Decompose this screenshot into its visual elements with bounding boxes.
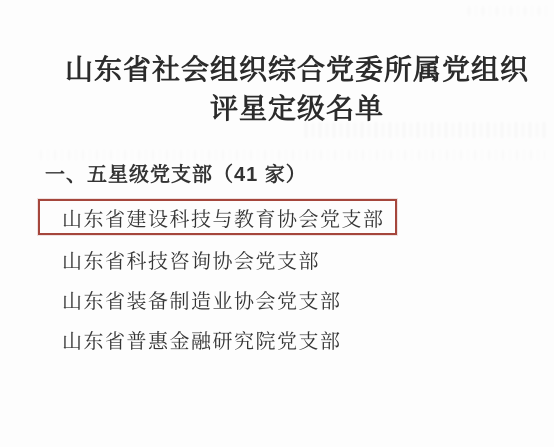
section-heading-five-star: 一、五星级党支部（41 家） — [45, 158, 307, 187]
list-item: 山东省科技咨询协会党支部 — [38, 239, 397, 279]
list-item-highlighted: 山东省建设科技与教育协会党支部 — [38, 199, 397, 235]
document-page: 山东省社会组织综合党委所属党组织 评星定级名单 一、五星级党支部（41 家） 山… — [0, 0, 554, 447]
list-item: 山东省装备制造业协会党支部 — [38, 279, 397, 319]
list-item: 山东省普惠金融研究院党支部 — [38, 319, 397, 359]
document-title-line1: 山东省社会组织综合党委所属党组织 — [65, 55, 529, 86]
bleedthrough-noise — [468, 6, 548, 16]
document-title-line2: 评星定级名单 — [210, 94, 384, 125]
document-title: 山东省社会组织综合党委所属党组织 评星定级名单 — [46, 51, 548, 129]
branch-list: 山东省建设科技与教育协会党支部 山东省科技咨询协会党支部 山东省装备制造业协会党… — [38, 199, 397, 359]
